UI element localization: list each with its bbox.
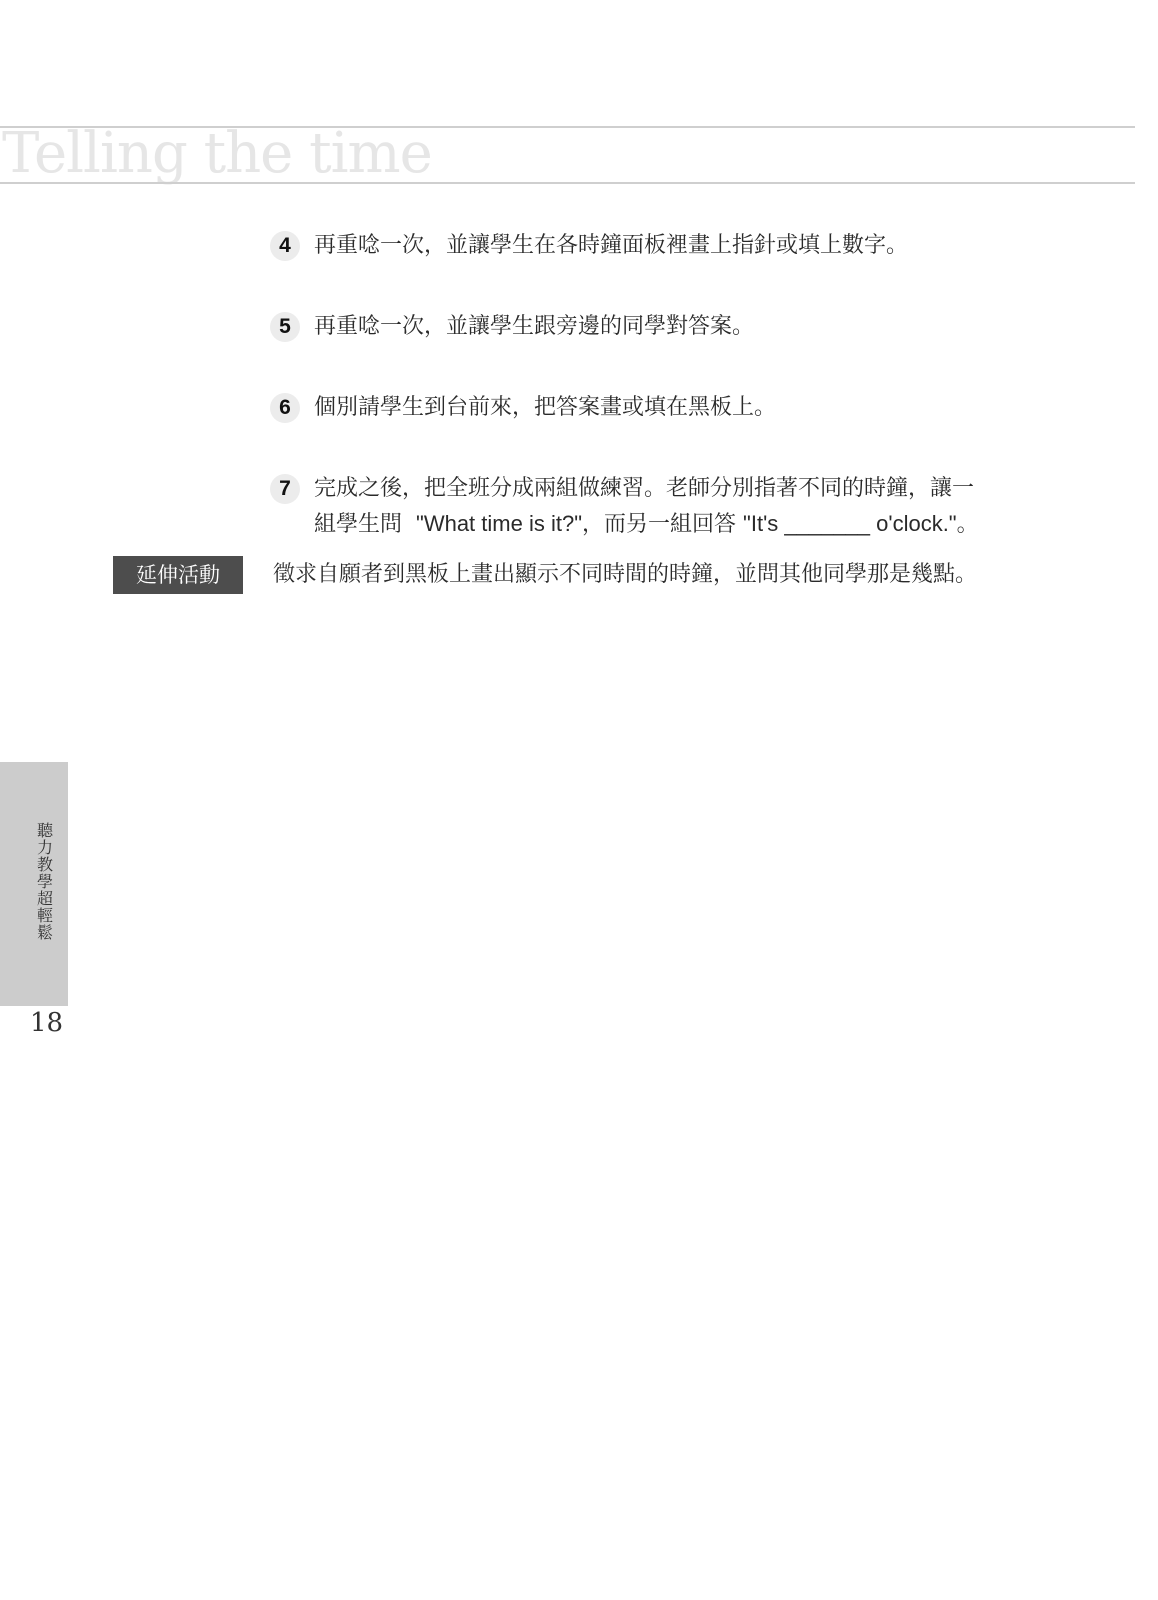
step-item: 4 再重唸一次，並讓學生在各時鐘面板裡畫上指針或填上數字。 (270, 228, 1070, 263)
step-item: 7 完成之後，把全班分成兩組做練習。老師分別指著不同的時鐘，讓一 組學生問 "W… (270, 471, 1070, 542)
side-tab: 聽力教學超輕鬆 (0, 762, 68, 1006)
step-item: 5 再重唸一次，並讓學生跟旁邊的同學對答案。 (270, 309, 1070, 344)
step-text-end: 。 (957, 512, 979, 537)
page-number: 18 (30, 1008, 63, 1038)
step-number-badge: 6 (270, 393, 300, 423)
step-text: 個別請學生到台前來，把答案畫或填在黑板上。 (314, 390, 1070, 425)
question-phrase: "What time is it?" (416, 511, 582, 536)
step-number-badge: 4 (270, 231, 300, 261)
step-item: 6 個別請學生到台前來，把答案畫或填在黑板上。 (270, 390, 1070, 425)
extension-activity: 延伸活動 徵求自願者到黑板上畫出顯示不同時間的時鐘，並問其他同學那是幾點。 (113, 556, 1113, 594)
step-number-badge: 5 (270, 312, 300, 342)
step-text-line2: 組學生問 "What time is it?"，而另一組回答 "It's ___… (314, 506, 1070, 542)
step-text-zh: 組學生問 (314, 512, 402, 537)
header-rule-bottom (0, 182, 1135, 184)
side-tab-label: 聽力教學超輕鬆 (36, 822, 54, 941)
step-text-zh: ，而另一組回答 (582, 512, 736, 537)
answer-phrase: "It's _______ o'clock." (743, 511, 957, 536)
step-text: 再重唸一次，並讓學生在各時鐘面板裡畫上指針或填上數字。 (314, 228, 1070, 263)
steps-list: 4 再重唸一次，並讓學生在各時鐘面板裡畫上指針或填上數字。 5 再重唸一次，並讓… (270, 228, 1070, 588)
step-text-line1: 完成之後，把全班分成兩組做練習。老師分別指著不同的時鐘，讓一 (314, 471, 1070, 506)
extension-tag: 延伸活動 (113, 556, 243, 594)
step-number-badge: 7 (270, 474, 300, 504)
chapter-title: Telling the time (2, 126, 432, 182)
extension-text: 徵求自願者到黑板上畫出顯示不同時間的時鐘，並問其他同學那是幾點。 (273, 556, 977, 594)
step-text: 再重唸一次，並讓學生跟旁邊的同學對答案。 (314, 309, 1070, 344)
